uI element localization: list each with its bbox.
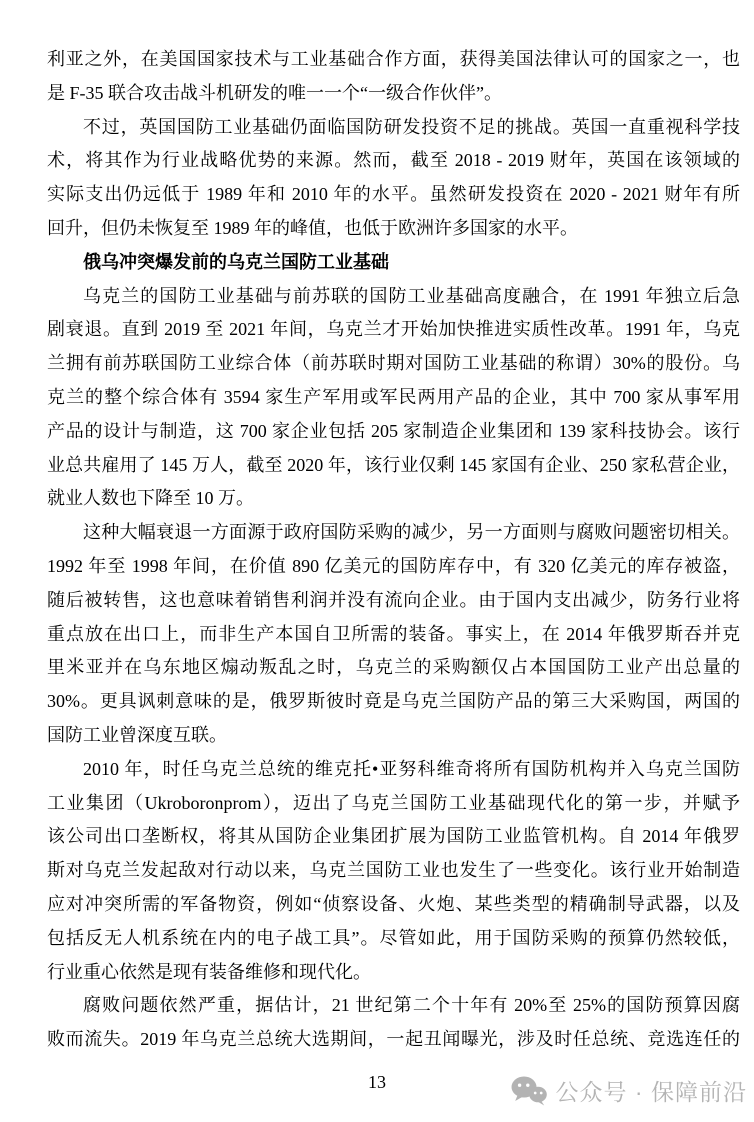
watermark: 公众号 · 保障前沿: [511, 1074, 747, 1107]
text-line: 乌克兰的国防工业基础与前苏联的国防工业基础高度融合，在 1991 年独立后急: [47, 280, 740, 314]
text-line: 这种大幅衰退一方面源于政府国防采购的减少，另一方面则与腐败问题密切相关。: [47, 516, 740, 550]
text-line: 克兰的整个综合体有 3594 家生产军用或军民两用产品的企业，其中 700 家从…: [47, 381, 740, 415]
text-line: 就业人数也下降至 10 万。: [47, 482, 740, 516]
text-line: 1992 年至 1998 年间，在价值 890 亿美元的国防库存中，有 320 …: [47, 550, 740, 584]
text-line: 回升，但仍未恢复至 1989 年的峰值，也低于欧洲许多国家的水平。: [47, 212, 740, 246]
text-line: 不过，英国国防工业基础仍面临国防研发投资不足的挑战。英国一直重视科学技: [47, 111, 740, 145]
watermark-label: 公众号 · 保障前沿: [556, 1074, 747, 1107]
text-line: 随后被转售，这也意味着销售利润并没有流向企业。由于国内支出减少，防务行业将: [47, 584, 740, 618]
text-line: 利亚之外，在美国国家技术与工业基础合作方面，获得美国法律认可的国家之一，也: [47, 43, 740, 77]
text-line: 实际支出仍远低于 1989 年和 2010 年的水平。虽然研发投资在 2020 …: [47, 178, 740, 212]
text-line: 工业集团（Ukroboronprom），迈出了乌克兰国防工业基础现代化的第一步，…: [47, 787, 740, 821]
text-line: 产品的设计与制造，这 700 家企业包括 205 家制造企业集团和 139 家科…: [47, 415, 740, 449]
text-line: 国防工业曾深度互联。: [47, 719, 740, 753]
text-line: 术，将其作为行业战略优势的来源。然而，截至 2018 - 2019 财年，英国在…: [47, 144, 740, 178]
text-line: 业总共雇用了 145 万人，截至 2020 年，该行业仅剩 145 家国有企业、…: [47, 449, 740, 483]
text-line: 斯对乌克兰发起敌对行动以来，乌克兰国防工业也发生了一些变化。该行业开始制造: [47, 854, 740, 888]
text-line: 败而流失。2019 年乌克兰总统大选期间，一起丑闻曝光，涉及时任总统、竞选连任的: [47, 1023, 740, 1057]
wechat-icon: [511, 1076, 547, 1106]
text-line: 重点放在出口上，而非生产本国自卫所需的装备。事实上，在 2014 年俄罗斯吞并克: [47, 618, 740, 652]
text-line: 30%。更具讽刺意味的是，俄罗斯彼时竟是乌克兰国防产品的第三大采购国，两国的: [47, 685, 740, 719]
text-line: 里米亚并在乌东地区煽动叛乱之时，乌克兰的采购额仅占本国国防工业产出总量的: [47, 651, 740, 685]
text-line: 应对冲突所需的军备物资，例如“侦察设备、火炮、某些类型的精确制导武器，以及: [47, 888, 740, 922]
text-line: 兰拥有前苏联国防工业综合体（前苏联时期对国防工业基础的称谓）30%的股份。乌: [47, 347, 740, 381]
text-line: 是 F-35 联合攻击战斗机研发的唯一一个“一级合作伙伴”。: [47, 77, 740, 111]
section-heading: 俄乌冲突爆发前的乌克兰国防工业基础: [47, 246, 740, 280]
text-line: 2010 年，时任乌克兰总统的维克托•亚努科维奇将所有国防机构并入乌克兰国防: [47, 753, 740, 787]
text-line: 行业重心依然是现有装备维修和现代化。: [47, 956, 740, 990]
text-line: 腐败问题依然严重，据估计，21 世纪第二个十年有 20%至 25%的国防预算因腐: [47, 989, 740, 1023]
text-line: 该公司出口垄断权，将其从国防企业集团扩展为国防工业监管机构。自 2014 年俄罗: [47, 820, 740, 854]
text-line: 剧衰退。直到 2019 至 2021 年间，乌克兰才开始加快推进实质性改革。19…: [47, 313, 740, 347]
text-line: 包括反无人机系统在内的电子战工具”。尽管如此，用于国防采购的预算仍然较低，: [47, 922, 740, 956]
document-body: 利亚之外，在美国国家技术与工业基础合作方面，获得美国法律认可的国家之一，也是 F…: [47, 43, 740, 1057]
